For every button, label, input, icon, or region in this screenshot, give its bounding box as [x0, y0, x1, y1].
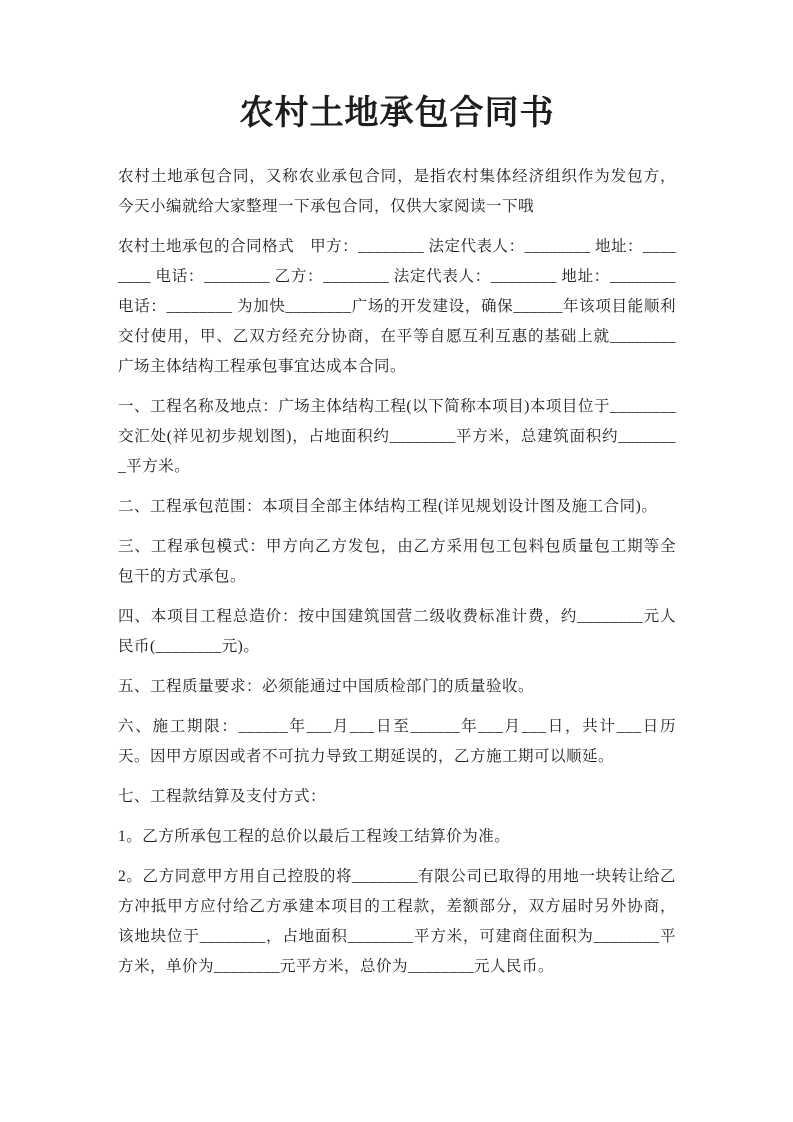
document-title: 农村土地承包合同书	[118, 92, 676, 136]
intro-paragraph: 农村土地承包合同，又称农业承包合同，是指农村集体经济组织作为发包方，今天小编就给…	[118, 162, 676, 222]
clause-2-scope: 二、工程承包范围：本项目全部主体结构工程(详见规划设计图及施工合同)。	[118, 492, 676, 522]
clause-3-mode: 三、工程承包模式：甲方向乙方发包，由乙方采用包工包料包质量包工期等全包干的方式承…	[118, 532, 676, 592]
clause-7-item-1: 1。乙方所承包工程的总价以最后工程竣工结算价为准。	[118, 822, 676, 852]
clause-7-payment-heading: 七、工程款结算及支付方式：	[118, 782, 676, 812]
clause-6-duration: 六、施工期限：______年___月___日至______年___月___日，共…	[118, 712, 676, 772]
clause-5-quality: 五、工程质量要求：必须能通过中国质检部门的质量验收。	[118, 672, 676, 702]
clause-4-total-cost: 四、本项目工程总造价：按中国建筑国营二级收费标准计费，约________元人民币…	[118, 602, 676, 662]
document-page: 农村土地承包合同书 农村土地承包合同，又称农业承包合同，是指农村集体经济组织作为…	[0, 0, 793, 1122]
clause-7-item-2: 2。乙方同意甲方用自己控股的将________有限公司已取得的用地一块转让给乙方…	[118, 862, 676, 982]
clause-1-project-name: 一、工程名称及地点：广场主体结构工程(以下简称本项目)本项目位于________…	[118, 392, 676, 482]
parties-paragraph: 农村土地承包的合同格式 甲方：________ 法定代表人：________ 地…	[118, 232, 676, 382]
